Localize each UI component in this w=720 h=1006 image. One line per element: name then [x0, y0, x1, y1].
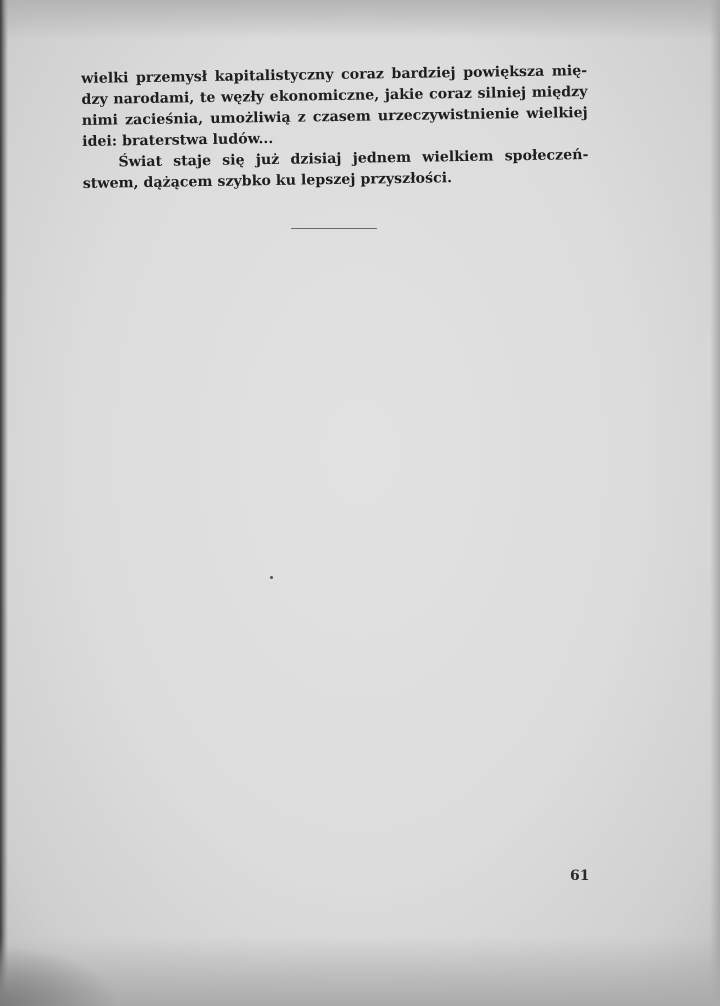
page-number: 61: [570, 868, 589, 884]
paragraph-1: wielki przemysł kapitalistyczny coraz ba…: [81, 61, 588, 153]
scan-shadow-top: [0, 0, 720, 40]
paragraph-2: Świat staje się już dzisiaj jednem wielk…: [82, 145, 589, 195]
scan-shadow-right: [710, 0, 720, 1006]
scanned-page: wielki przemysł kapitalistyczny coraz ba…: [0, 0, 720, 1006]
section-end-rule: [291, 228, 377, 229]
scan-speck: [270, 576, 273, 579]
body-text: wielki przemysł kapitalistyczny coraz ba…: [81, 61, 589, 195]
scan-shadow-left: [0, 0, 8, 1006]
scan-shadow-corner: [0, 946, 120, 1006]
